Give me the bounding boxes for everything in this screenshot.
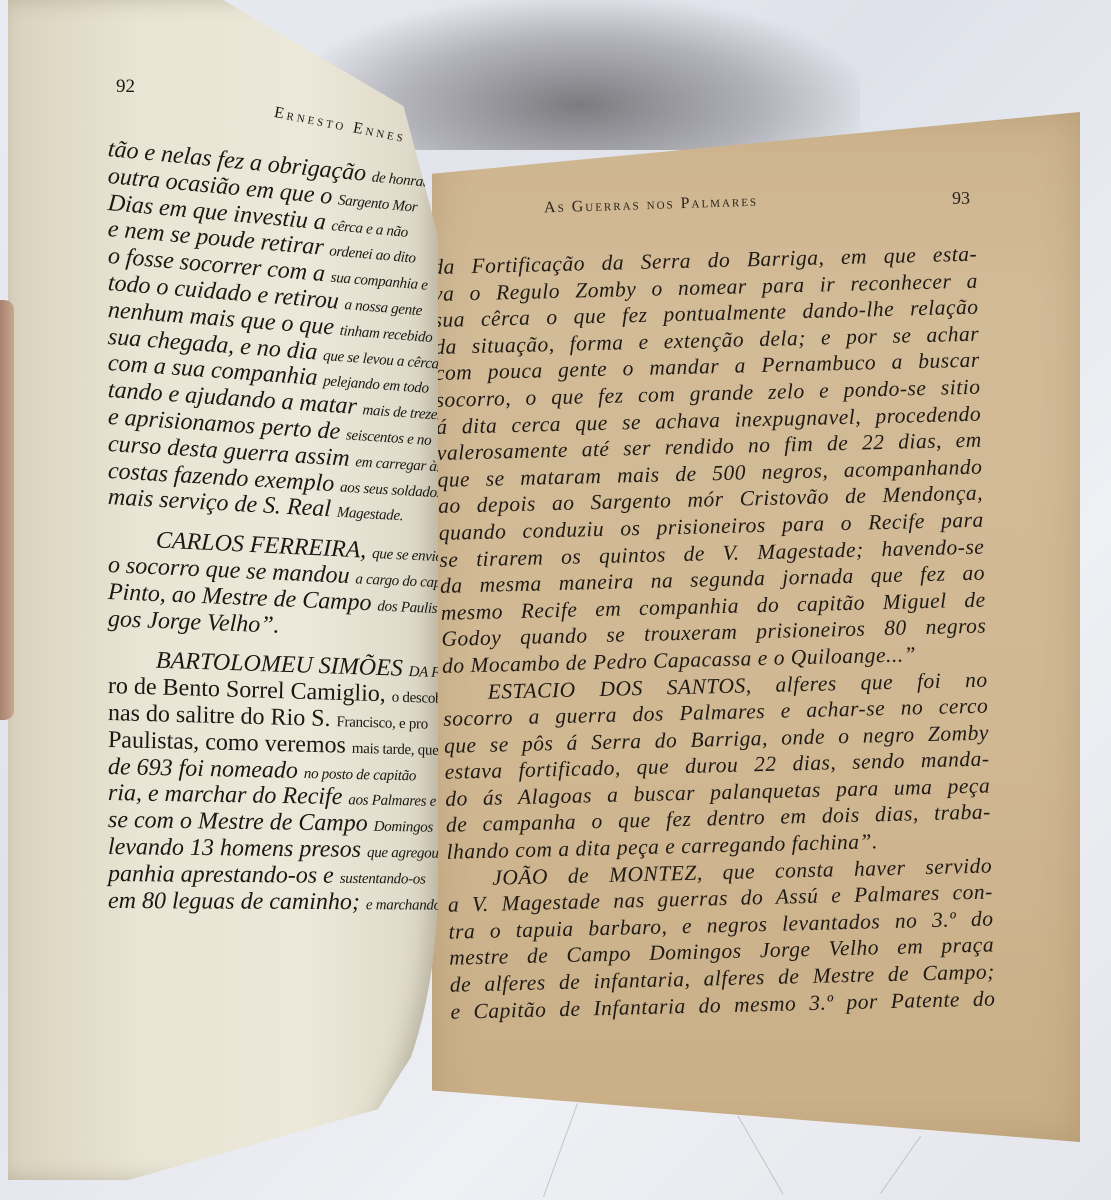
text-line-curved-tail: e marchando: [366, 897, 441, 913]
text-line-curved-tail: sustentando-os: [340, 871, 426, 888]
text-line-curved-tail: aos Palmares e: [348, 793, 436, 811]
text-line-main: levando 13 homens presos: [108, 834, 367, 863]
running-head-right: As Guerras nos Palmares: [544, 193, 759, 218]
text-line-main: de 693 foi nomeado: [108, 754, 304, 784]
text-line-main: se com o Mestre de Campo: [108, 807, 374, 837]
left-page: 92 Ernesto Ennes tão e nelas fez a obrig…: [8, 0, 438, 1180]
text-line-curved-tail: Francisco, e pro: [336, 714, 428, 732]
paper-crease: [738, 1116, 784, 1194]
paper-crease: [543, 1103, 578, 1197]
text-line-curved-tail: em carregar às: [355, 454, 443, 475]
page-number-left: 92: [116, 76, 135, 98]
page-number-right: 93: [952, 188, 970, 209]
text-line-curved-tail: no posto de capitão: [304, 766, 417, 784]
right-page-body: da Fortificação da Serra do Barriga, em …: [432, 241, 996, 1025]
text-line-curved-tail: que agregou: [367, 845, 439, 862]
text-line-main: ria, e marchar do Recife: [108, 780, 349, 810]
text-line-curved-tail: Magestade.: [336, 505, 403, 525]
text-line-curved-tail: Domingos: [374, 819, 434, 836]
text-line-main: em 80 leguas de caminho;: [108, 888, 366, 915]
text-line-curved-tail: mais tarde, que: [352, 741, 439, 759]
text-line-main: panhia aprestando-os e: [108, 861, 340, 889]
paper-crease: [880, 1136, 921, 1194]
holding-finger: [0, 300, 14, 720]
right-page: As Guerras nos Palmares 93 da Fortificaç…: [432, 112, 1080, 1142]
